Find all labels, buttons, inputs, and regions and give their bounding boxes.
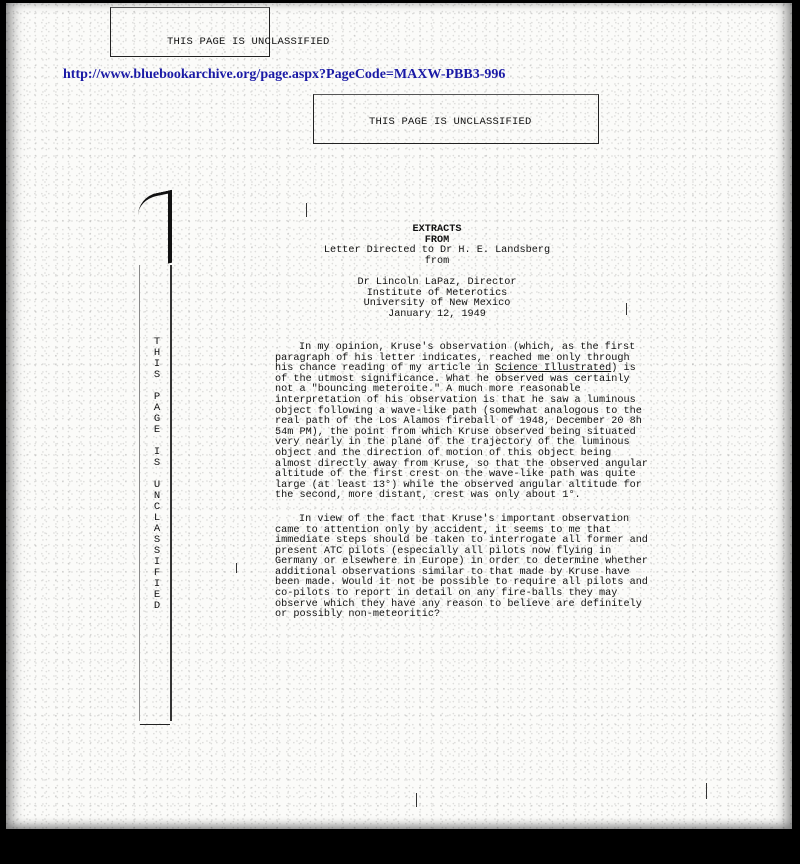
article-title: Science Illustrated [495, 363, 611, 374]
heading-letter: Letter Directed to Dr H. E. Landsberg [302, 246, 572, 257]
scan-mark [416, 793, 417, 807]
heading-from-2: from [302, 257, 572, 268]
middle-stamp-text: THIS PAGE IS UNCLASSIFIED [369, 116, 532, 128]
scan-mark [306, 203, 307, 217]
heading-extracts: EXTRACTS [302, 225, 572, 236]
top-stamp-text: THIS PAGE IS UNCLASSIFIED [167, 36, 330, 48]
scan-bottom-edge [0, 829, 800, 864]
heading-author: Dr Lincoln LaPaz, Director [302, 278, 572, 289]
letter-body: In my opinion, Kruse's observation (whic… [275, 343, 653, 634]
middle-classification-stamp: THIS PAGE IS UNCLASSIFIED [313, 94, 599, 144]
paragraph-1: In my opinion, Kruse's observation (whic… [275, 343, 653, 502]
scanned-document-page: THIS PAGE IS UNCLASSIFIED THIS PAGE IS U… [6, 3, 792, 829]
paragraph-2: In view of the fact that Kruse's importa… [275, 515, 653, 621]
scan-mark [626, 303, 627, 315]
side-stamp-text: T H I S P A G E I S U N C L A S S I F I … [150, 337, 164, 612]
heading-university: University of New Mexico [302, 299, 572, 310]
scan-mark [706, 783, 707, 799]
top-classification-stamp: THIS PAGE IS UNCLASSIFIED [110, 7, 270, 57]
heading-date: January 12, 1949 [302, 310, 572, 321]
document-heading: EXTRACTS FROM Letter Directed to Dr H. E… [302, 225, 572, 320]
scan-mark [236, 563, 237, 573]
source-link[interactable]: http://www.bluebookarchive.org/page.aspx… [63, 67, 505, 83]
